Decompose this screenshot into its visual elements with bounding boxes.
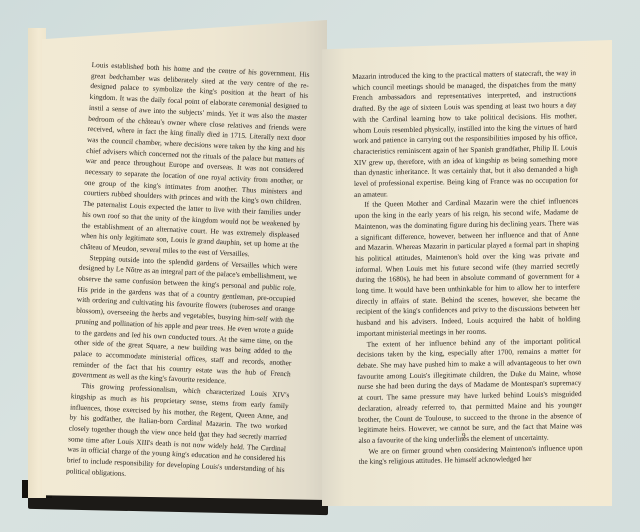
right-page-text: Mazarin introduced the king to the pract… [352, 68, 583, 468]
paragraph: We are on firmer ground when considering… [359, 443, 583, 468]
paragraph: Stepping outside into the splendid garde… [72, 252, 298, 390]
paragraph: This growing professionalism, which char… [66, 381, 290, 487]
page-number: 9 [462, 432, 466, 440]
page-number: 8 [200, 435, 204, 443]
left-page-text: Louis established both his home and the … [66, 60, 310, 487]
right-page: Mazarin introduced the king to the pract… [322, 40, 612, 506]
paragraph: Mazarin introduced the king to the pract… [352, 68, 578, 200]
open-book: Louis established both his home and the … [0, 0, 640, 532]
paragraph: If the Queen Mother and Cardinal Mazarin… [354, 197, 580, 340]
left-page: Louis established both his home and the … [42, 20, 327, 500]
paragraph: The extent of her influence behind any o… [357, 336, 583, 447]
paragraph: Louis established both his home and the … [80, 60, 310, 262]
